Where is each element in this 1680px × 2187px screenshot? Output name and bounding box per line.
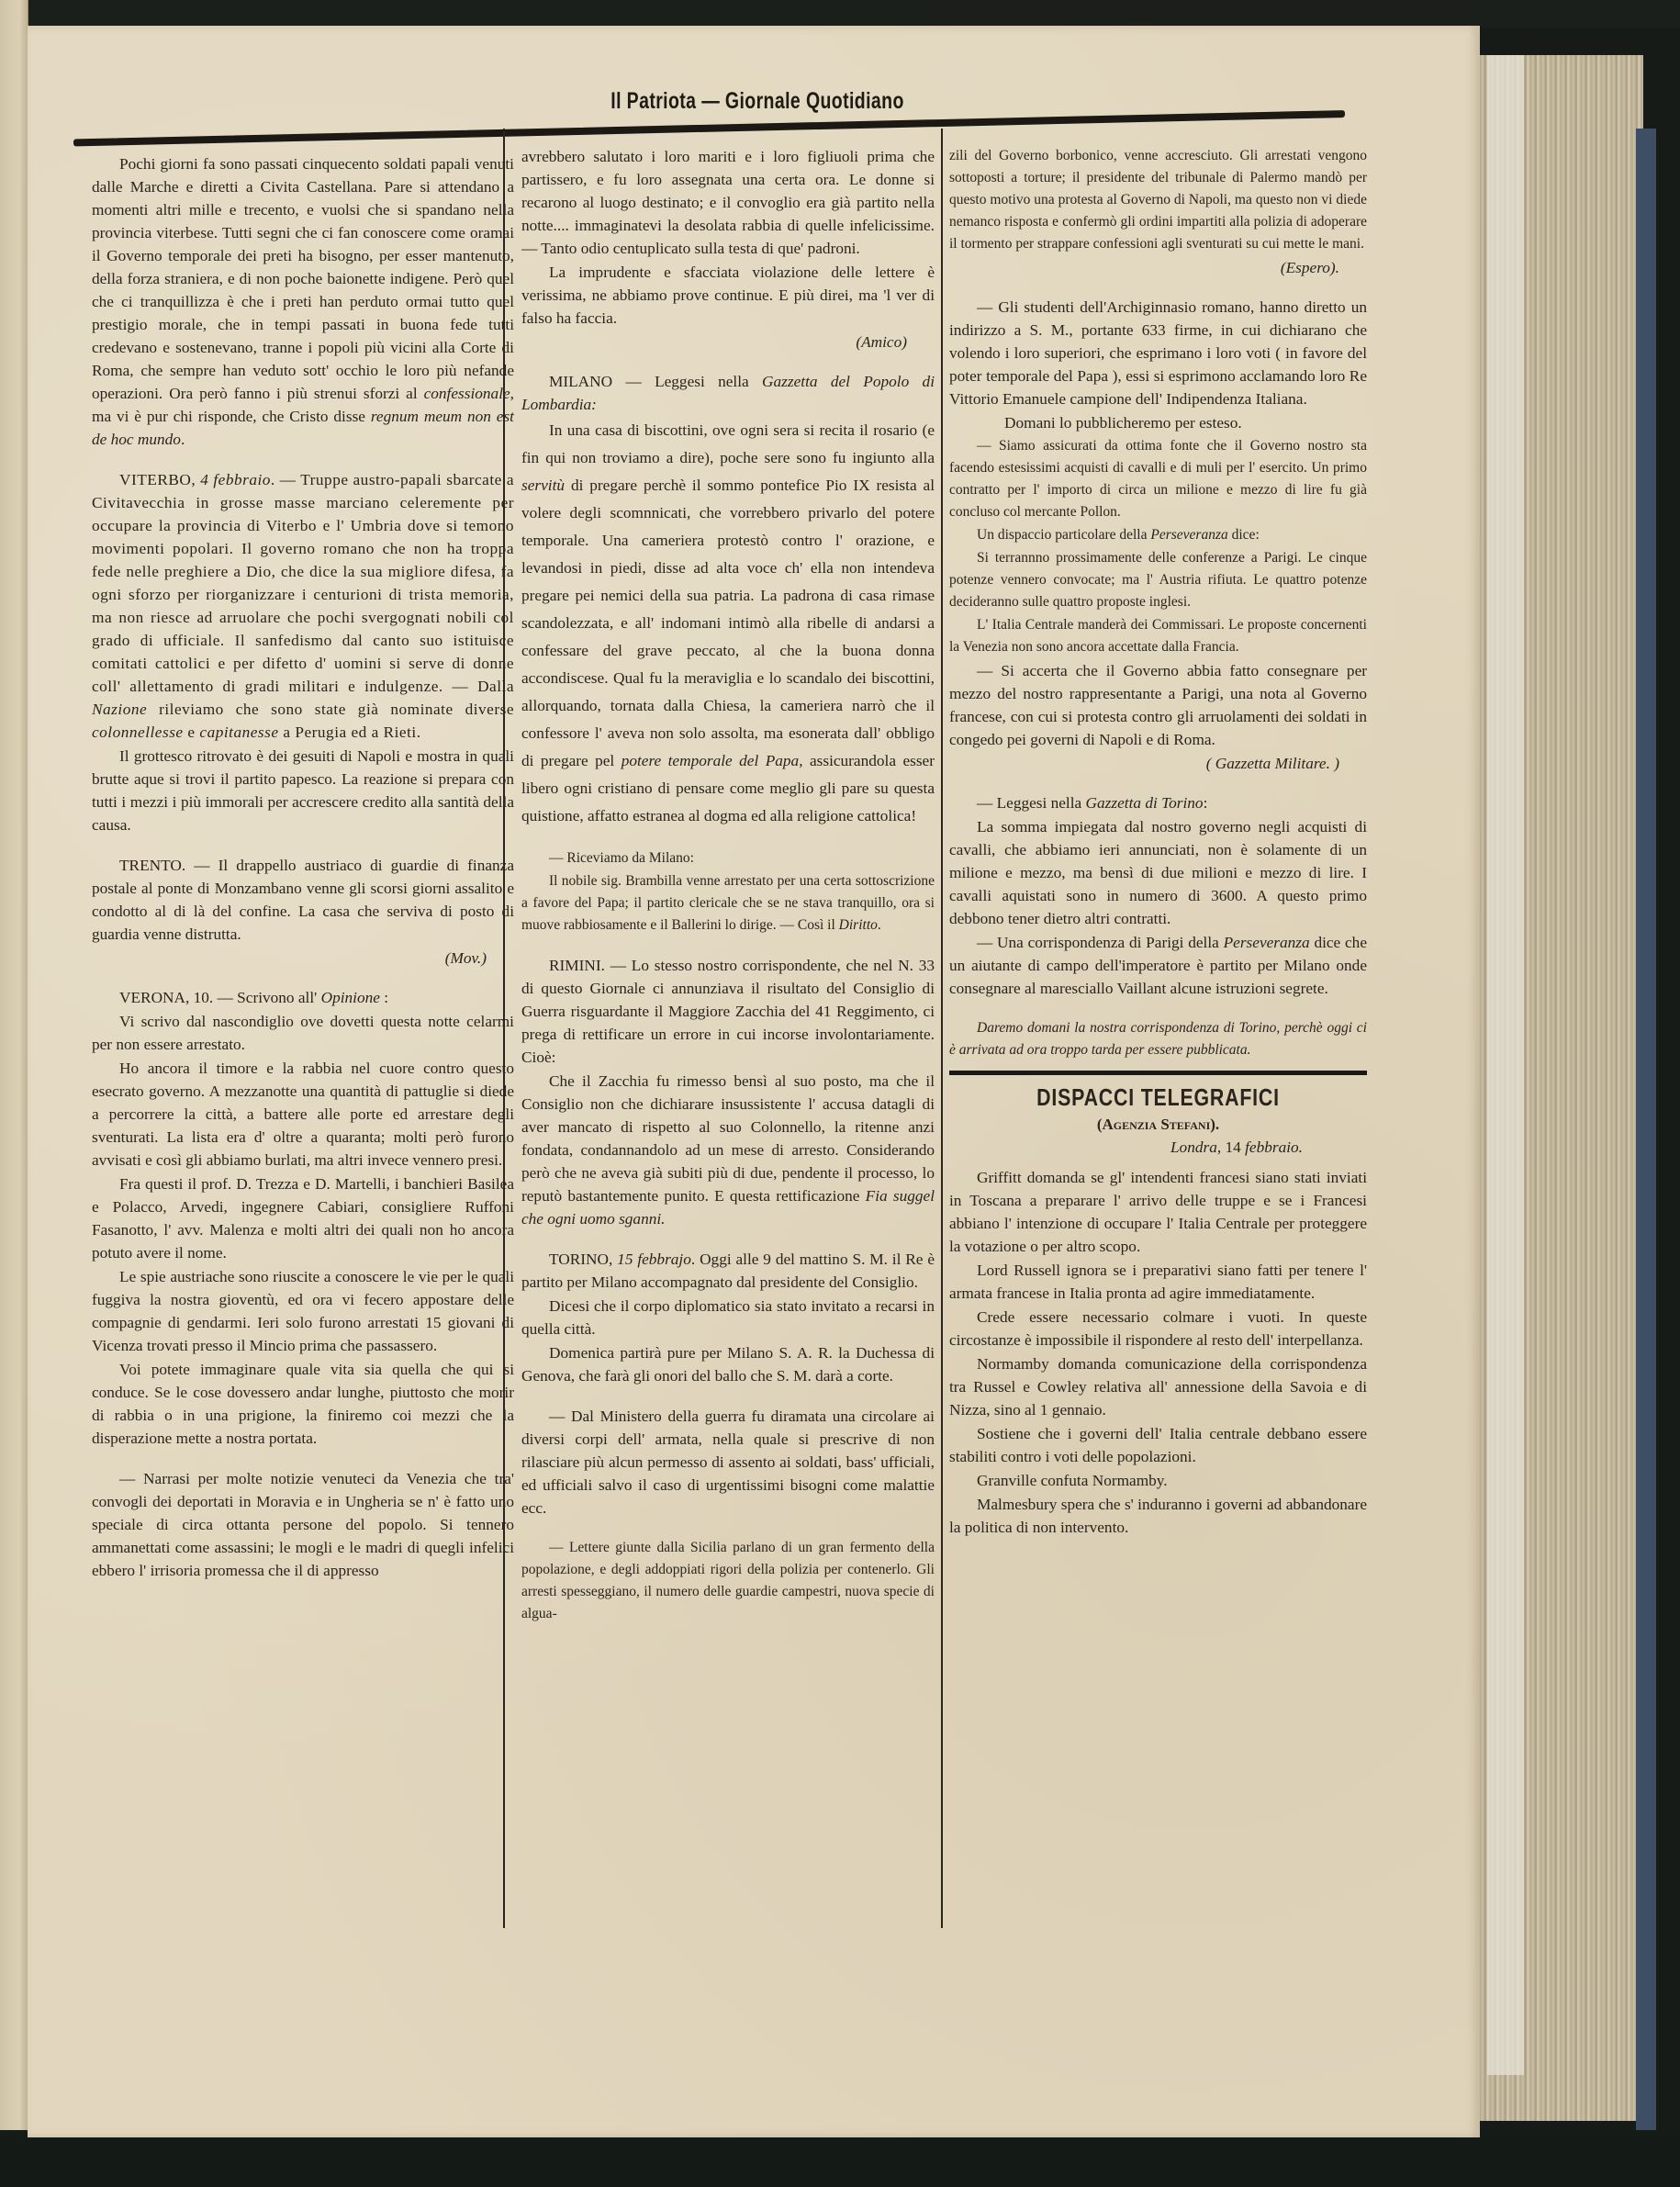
- masthead-title: Il Patriota — Giornale Quotidiano: [589, 88, 926, 115]
- dispatch-item: Normamby domanda comunicazione della cor…: [949, 1352, 1367, 1421]
- paragraph: La imprudente e sfacciata violazione del…: [521, 261, 935, 330]
- paragraph: Un dispaccio particolare della Persevera…: [949, 524, 1367, 546]
- article-gazzetta-torino: — Leggesi nella Gazzetta di Torino:: [949, 791, 1367, 814]
- article-sicilia: — Lettere giunte dalla Sicilia parlano d…: [521, 1537, 935, 1625]
- article-corrispondenza: — Una corrispondenza di Parigi della Per…: [949, 931, 1367, 1000]
- article-grottesco: Il grottesco ritrovato è dei gesuiti di …: [92, 745, 514, 836]
- paragraph: Domani lo pubblicheremo per esteso.: [949, 411, 1367, 434]
- dispatch-item: Malmesbury spera che s' induranno i gove…: [949, 1493, 1367, 1539]
- article-torino: TORINO, 15 febbrajo. Oggi alle 9 del mat…: [521, 1248, 935, 1294]
- article-cavalli: — Siamo assicurati da ottima fonte che i…: [949, 435, 1367, 523]
- source-attribution: (Mov.): [92, 947, 514, 970]
- paragraph: Dicesi che il corpo diplomatico sia stat…: [521, 1295, 935, 1340]
- article-trento: TRENTO. — Il drappello austriaco di guar…: [92, 854, 514, 946]
- paragraph-continued: avrebbero salutato i loro mariti e i lor…: [521, 145, 935, 260]
- paragraph: La somma impiegata dal nostro governo ne…: [949, 815, 1367, 930]
- paragraph-continued: zili del Governo borbonico, venne accres…: [949, 145, 1367, 255]
- paragraph: Che il Zacchia fu rimesso bensì al suo p…: [521, 1070, 935, 1230]
- dispatch-item: Crede essere necessario colmare i vuoti.…: [949, 1306, 1367, 1351]
- paragraph: Le spie austriache sono riuscite a conos…: [92, 1265, 514, 1357]
- dispatch-item: Granville confuta Normamby.: [949, 1469, 1367, 1492]
- dispatch-item: Sostiene che i governi dell' Italia cent…: [949, 1422, 1367, 1468]
- inserted-sheet: [1487, 55, 1524, 2075]
- dispatch-item: Griffitt domanda se gl' intendenti franc…: [949, 1166, 1367, 1258]
- article-soldati-papali: Pochi giorni fa sono passati cinquecento…: [92, 152, 514, 451]
- article-nota-parigi: — Si accerta che il Governo abbia fatto …: [949, 659, 1367, 751]
- page-stack-edge: [1460, 55, 1643, 2121]
- section-subtitle: (Agenzia Stefani).: [949, 1113, 1367, 1136]
- article-studenti: — Gli studenti dell'Archiginnasio romano…: [949, 296, 1367, 410]
- paragraph: Il nobile sig. Brambilla venne arrestato…: [521, 870, 935, 936]
- article-viterbo: VITERBO, 4 febbraio. — Truppe austro-pap…: [92, 468, 514, 744]
- column-2: avrebbero salutato i loro mariti e i lor…: [521, 145, 935, 1626]
- scan-background-top: [0, 0, 1680, 28]
- paragraph: Ho ancora il timore e la rabbia nel cuor…: [92, 1057, 514, 1172]
- dispatch-item: Lord Russell ignora se i preparativi sia…: [949, 1259, 1367, 1305]
- article-milano-heading: MILANO — Leggesi nella Gazzetta del Popo…: [521, 370, 935, 416]
- article-ministero: — Dal Ministero della guerra fu diramata…: [521, 1405, 935, 1520]
- section-rule: [949, 1071, 1367, 1075]
- scan-background-bottom: [0, 2137, 1680, 2187]
- paragraph: Voi potete immaginare quale vita sia que…: [92, 1358, 514, 1450]
- source-attribution: (Amico): [521, 331, 935, 353]
- left-page-edge: [0, 0, 28, 2130]
- source-attribution: ( Gazzetta Militare. ): [949, 752, 1367, 775]
- column-1: Pochi giorni fa sono passati cinquecento…: [92, 152, 514, 1583]
- paragraph: L' Italia Centrale manderà dei Commissar…: [949, 614, 1367, 658]
- column-3: zili del Governo borbonico, venne accres…: [949, 145, 1367, 1540]
- paragraph: Fra questi il prof. D. Trezza e D. Marte…: [92, 1172, 514, 1264]
- paragraph: Si terrannno prossimamente delle confere…: [949, 547, 1367, 613]
- dateline: Londra, 14 febbraio.: [949, 1136, 1367, 1159]
- paragraph: Vi scrivo dal nascondiglio ove dovetti q…: [92, 1010, 514, 1056]
- book-cover-edge: [1636, 129, 1656, 2130]
- article-narrasi: — Narrasi per molte notizie venuteci da …: [92, 1467, 514, 1582]
- article-rimini: RIMINI. — Lo stesso nostro corrispondent…: [521, 954, 935, 1069]
- editorial-note: Daremo domani la nostra corrispondenza d…: [949, 1017, 1367, 1061]
- article-riceviamo: — Riceviamo da Milano:: [521, 847, 935, 869]
- section-title: DISPACCI TELEGRAFICI: [987, 1086, 1329, 1109]
- source-attribution: (Espero).: [949, 256, 1367, 279]
- article-verona-heading: VERONA, 10. — Scrivono all' Opinione :: [92, 986, 514, 1009]
- paragraph: Domenica partirà pure per Milano S. A. R…: [521, 1341, 935, 1387]
- article-milano: In una casa di biscottini, ove ogni sera…: [521, 417, 935, 830]
- column-rule: [941, 129, 943, 1928]
